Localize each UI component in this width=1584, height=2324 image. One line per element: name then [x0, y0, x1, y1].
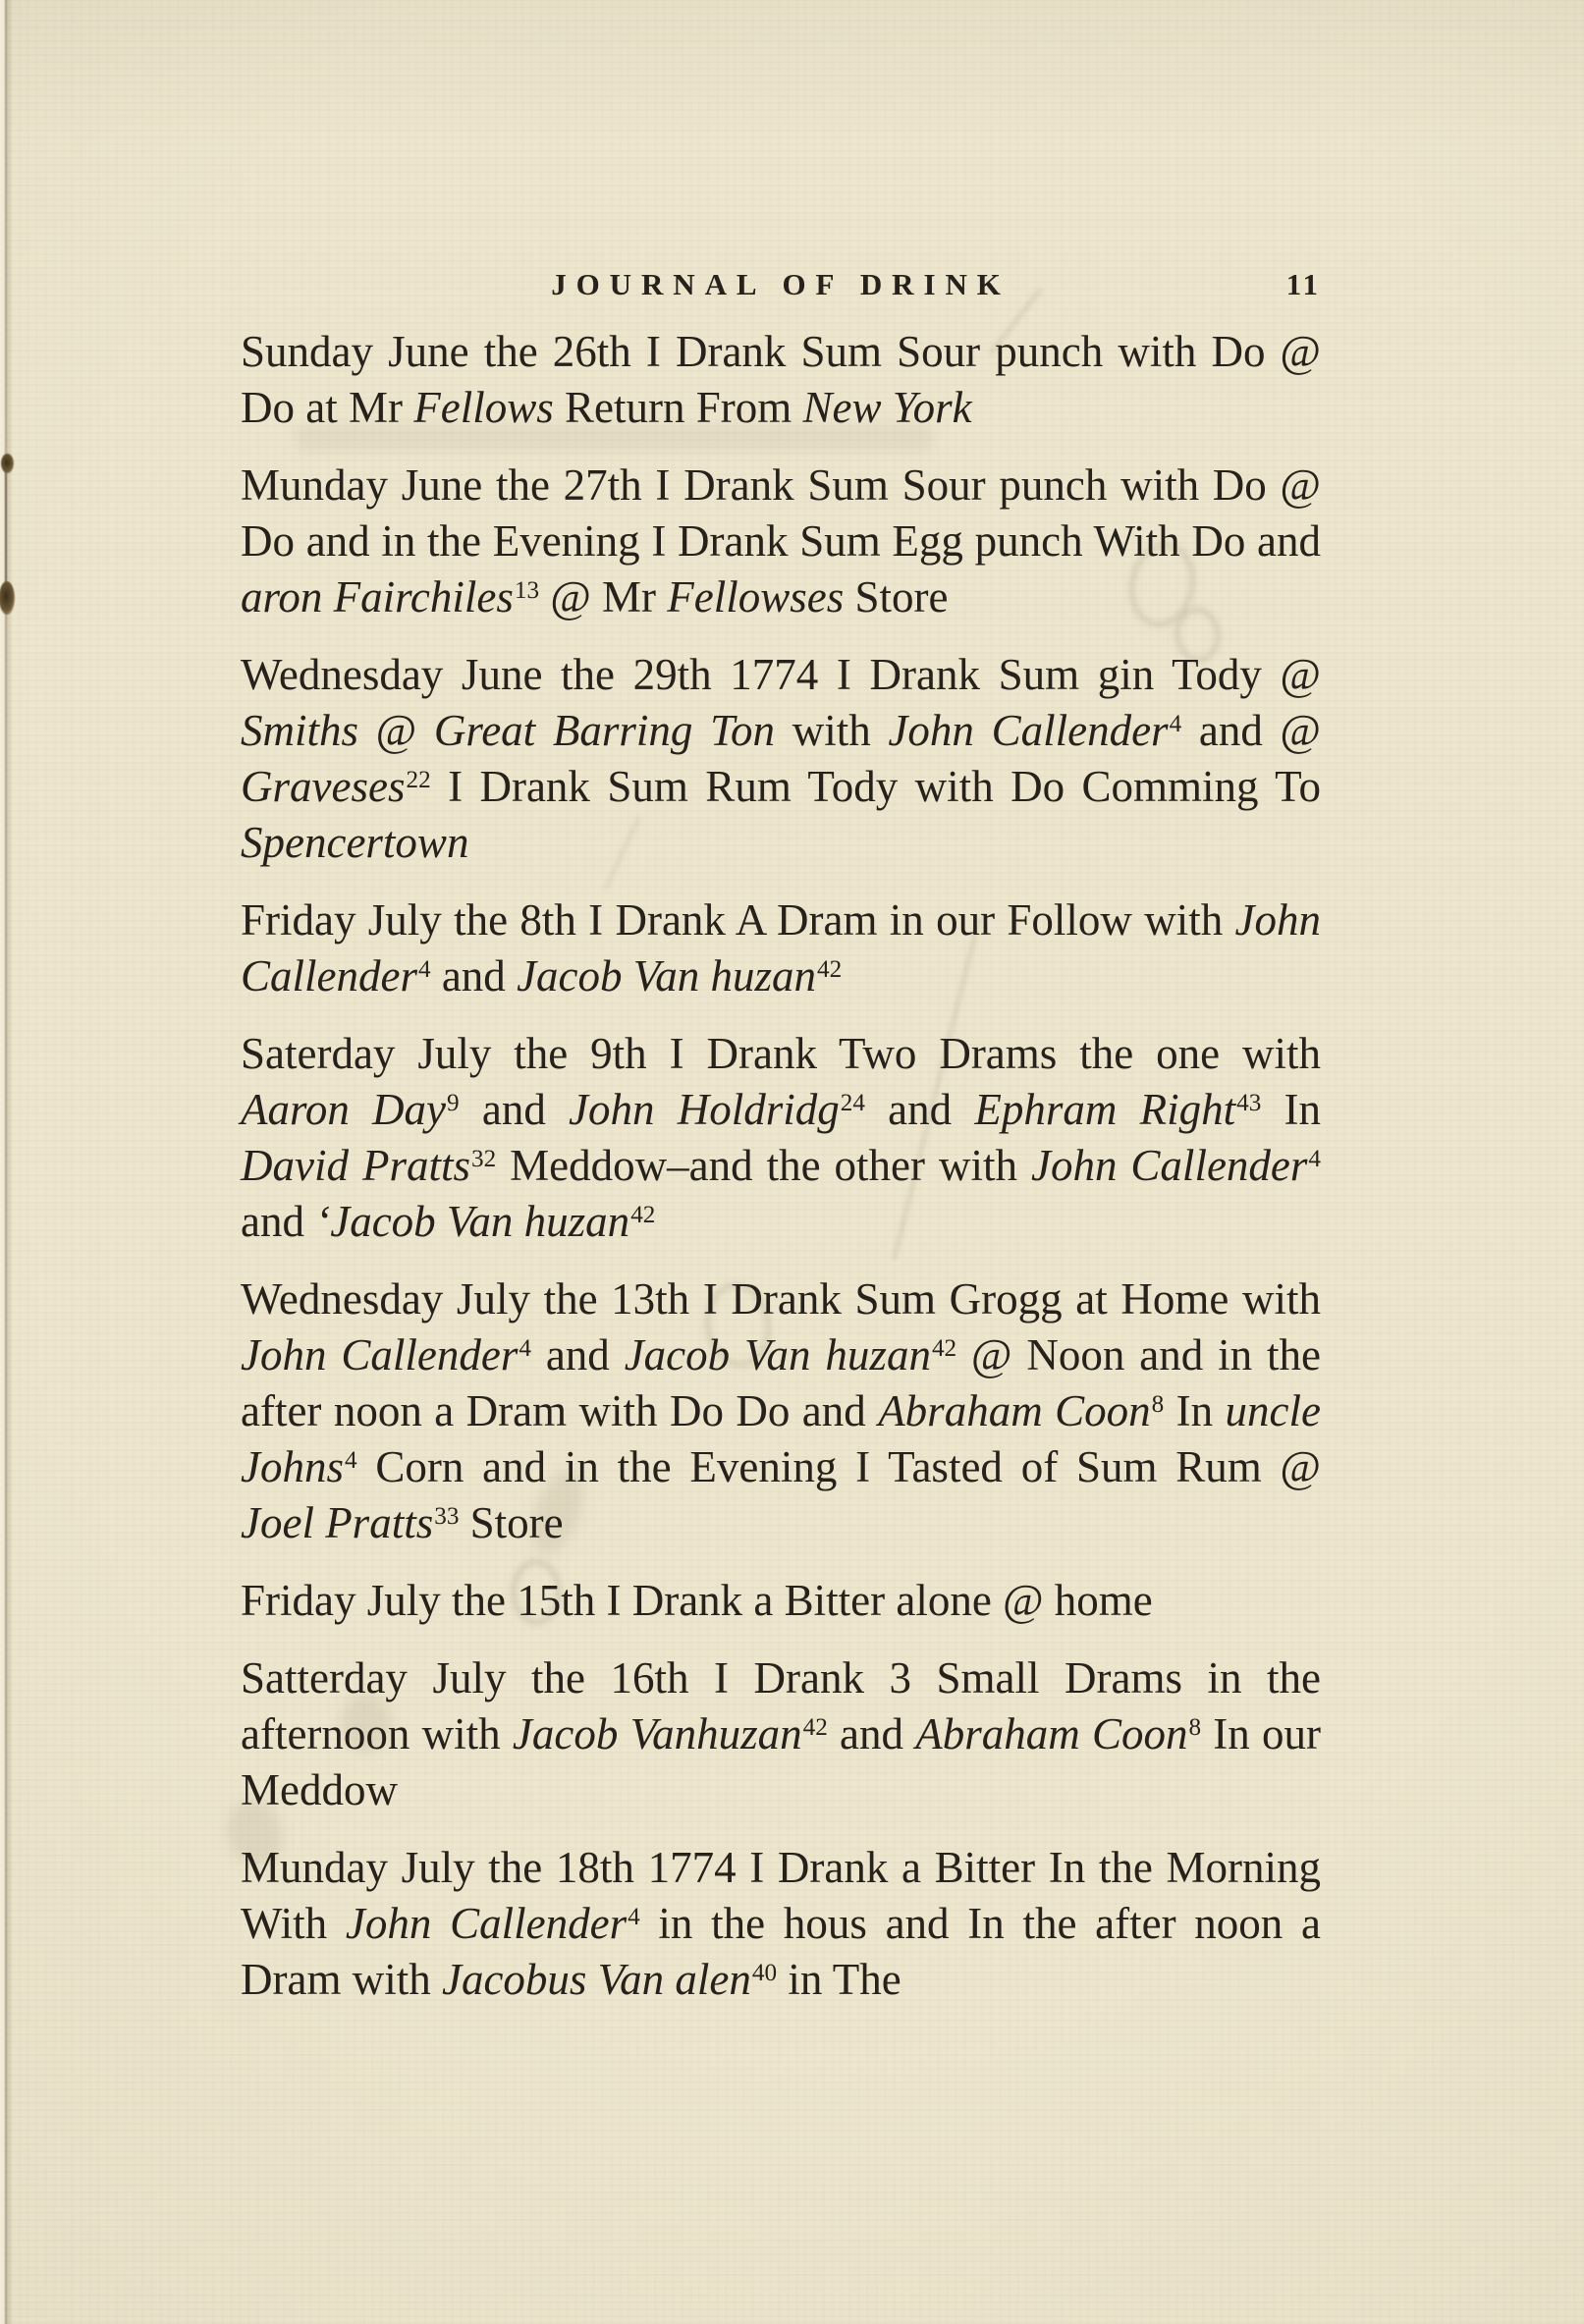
- entry-june-29: Wednesday June the 29th 1774 I Drank Sum…: [241, 647, 1321, 871]
- book-page: JOURNAL OF DRINK 11 Sunday June the 26th…: [0, 0, 1584, 2324]
- footnote-reference: 33: [434, 1503, 459, 1530]
- entry-text-segment: In: [1261, 1085, 1321, 1134]
- page-title: JOURNAL OF DRINK: [241, 267, 1321, 302]
- entry-text-segment: @: [358, 706, 434, 755]
- footnote-reference: 4: [418, 956, 431, 983]
- entry-text-segment: John Callender: [241, 1330, 518, 1379]
- entry-text-segment: Friday July the 15th I Drank a Bitter al…: [241, 1576, 1153, 1625]
- entry-text-segment: and: [431, 951, 517, 1000]
- entry-text-segment: Store: [844, 572, 948, 622]
- entry-text-segment: Graveses: [241, 762, 405, 811]
- entry-text-segment: John Callender: [346, 1899, 627, 1948]
- entry-text-segment: David Pratts: [241, 1141, 470, 1190]
- entry-text-segment: Great Barring Ton: [434, 706, 775, 755]
- entry-text-segment: Abraham Coon: [878, 1386, 1150, 1435]
- entry-june-27: Munday June the 27th I Drank Sum Sour pu…: [241, 458, 1321, 625]
- footnote-reference: 42: [803, 1714, 828, 1741]
- entry-june-26: Sunday June the 26th I Drank Sum Sour pu…: [241, 324, 1321, 436]
- entry-july-13: Wednesday July the 13th I Drank Sum Grog…: [241, 1271, 1321, 1551]
- footnote-reference: 4: [1170, 711, 1182, 737]
- entry-july-8: Friday July the 8th I Drank A Dram in ou…: [241, 892, 1321, 1004]
- entry-text-segment: Jacob Van huzan: [517, 951, 816, 1000]
- entry-text-segment: ‘Jacob Van huzan: [315, 1197, 629, 1246]
- entry-text-segment: Wednesday June the 29th 1774 I Drank Sum…: [241, 650, 1321, 699]
- entry-text-segment: John Holdridg: [569, 1085, 840, 1134]
- entry-july-15: Friday July the 15th I Drank a Bitter al…: [241, 1573, 1321, 1629]
- entry-text-segment: Fellowses: [667, 572, 844, 622]
- entry-text-segment: Saterday July the 9th I Drank Two Drams …: [241, 1029, 1321, 1078]
- entry-text-segment: In: [1164, 1386, 1225, 1435]
- entry-text-segment: Spencertown: [241, 818, 468, 867]
- entry-text-segment: Friday July the 8th I Drank A Dram in ou…: [241, 895, 1235, 945]
- entry-text-segment: Ephram Right: [974, 1085, 1235, 1134]
- entry-text-segment: Joel Pratts: [241, 1498, 433, 1547]
- footnote-reference: 4: [519, 1335, 531, 1362]
- footnote-reference: 32: [471, 1146, 496, 1172]
- footnote-reference: 4: [345, 1447, 357, 1474]
- entry-text-segment: Jacob Vanhuzan: [513, 1709, 802, 1758]
- entry-text-segment: Jacob Van huzan: [625, 1330, 931, 1379]
- entry-july-9: Saterday July the 9th I Drank Two Drams …: [241, 1026, 1321, 1250]
- entry-text-segment: Store: [459, 1498, 563, 1547]
- entry-text-segment: Fellows: [413, 383, 554, 432]
- entry-text-segment: Jacobus Van alen: [442, 1955, 751, 2004]
- footnote-reference: 13: [515, 577, 539, 604]
- entry-text-segment: I Drank Sum Rum Tody with Do Comming To: [431, 762, 1321, 811]
- entry-text-segment: and: [865, 1085, 974, 1134]
- page-edge: [0, 0, 14, 2324]
- entry-july-18: Munday July the 18th 1774 I Drank a Bitt…: [241, 1840, 1321, 2008]
- entry-text-segment: John Callender: [1031, 1141, 1307, 1190]
- entry-text-segment: and: [460, 1085, 569, 1134]
- footnote-reference: 43: [1236, 1090, 1261, 1116]
- entry-text-segment: Corn and in the Evening I Tasted of Sum …: [357, 1442, 1321, 1491]
- entry-text-segment: Aaron Day: [241, 1085, 446, 1134]
- entry-text-segment: @ Mr: [539, 572, 667, 622]
- entry-text-segment: Return From: [554, 383, 803, 432]
- entry-text-segment: and: [241, 1197, 315, 1246]
- entry-text-segment: Meddow–and the other with: [496, 1141, 1031, 1190]
- entry-text-segment: Wednesday July the 13th I Drank Sum Grog…: [241, 1274, 1321, 1324]
- entry-text-segment: John Callender: [888, 706, 1168, 755]
- entry-july-16: Satterday July the 16th I Drank 3 Small …: [241, 1650, 1321, 1818]
- journal-entries: Sunday June the 26th I Drank Sum Sour pu…: [241, 324, 1321, 2029]
- footnote-reference: 9: [447, 1090, 460, 1116]
- footnote-reference: 40: [752, 1960, 777, 1986]
- entry-text-segment: and @: [1181, 706, 1321, 755]
- entry-text-segment: Abraham Coon: [915, 1709, 1187, 1758]
- entry-text-segment: New York: [802, 383, 971, 432]
- footnote-reference: 4: [628, 1904, 640, 1930]
- entry-text-segment: in The: [777, 1955, 901, 2004]
- stitch-hole: [1, 454, 14, 473]
- entry-text-segment: Munday June the 27th I Drank Sum Sour pu…: [241, 460, 1321, 566]
- stitch-thread: [5, 469, 7, 595]
- entry-text-segment: with: [775, 706, 888, 755]
- page-number: 11: [1286, 267, 1321, 302]
- entry-text-segment: aron Fairchiles: [241, 572, 514, 622]
- running-head: JOURNAL OF DRINK 11: [241, 267, 1321, 310]
- entry-text-segment: Smiths: [241, 706, 358, 755]
- footnote-reference: 8: [1152, 1391, 1165, 1418]
- entry-text-segment: and: [531, 1330, 625, 1379]
- footnote-reference: 42: [630, 1202, 655, 1228]
- footnote-reference: 42: [817, 956, 842, 983]
- footnote-reference: 42: [932, 1335, 956, 1362]
- footnote-reference: 22: [406, 767, 430, 793]
- footnote-reference: 24: [841, 1090, 865, 1116]
- entry-text-segment: and: [828, 1709, 915, 1758]
- footnote-reference: 8: [1188, 1714, 1201, 1741]
- footnote-reference: 4: [1308, 1146, 1321, 1172]
